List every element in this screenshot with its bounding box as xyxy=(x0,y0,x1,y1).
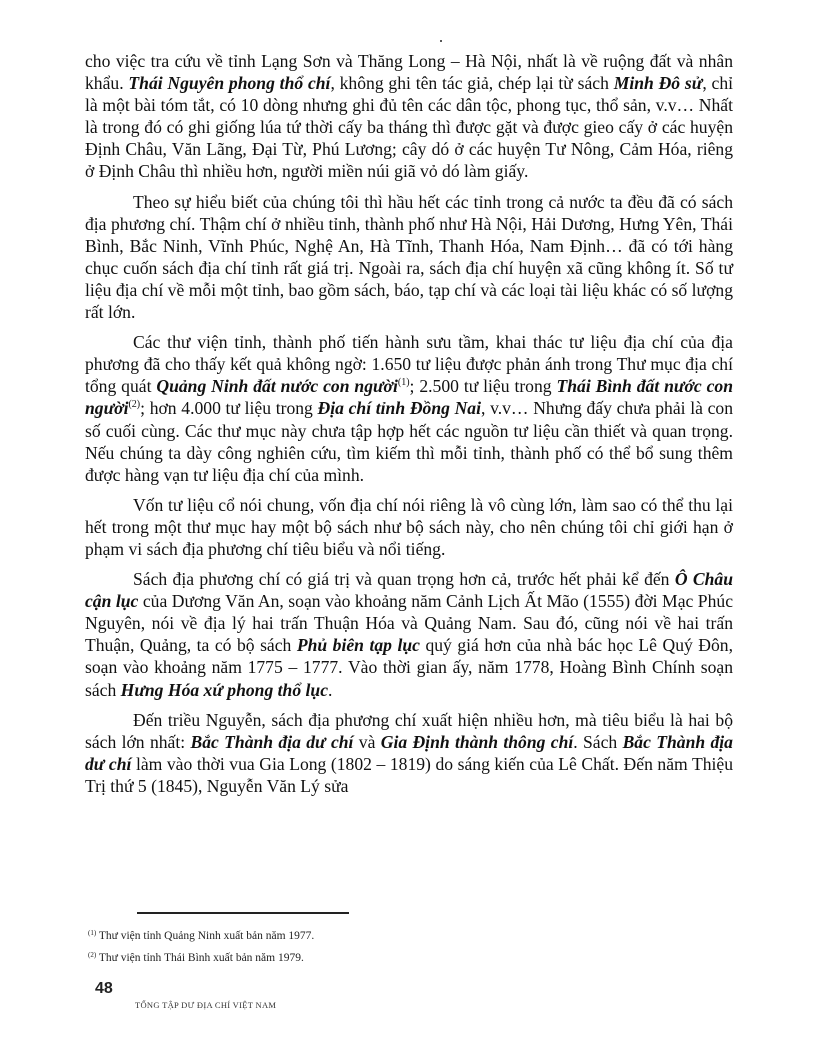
footnote-separator xyxy=(137,912,349,914)
book-title: Thái Nguyên phong thổ chí xyxy=(128,73,330,93)
scan-speck xyxy=(440,40,442,42)
paragraph: Đến triều Nguyễn, sách địa phương chí xu… xyxy=(85,709,733,797)
book-title: Phủ biên tạp lục xyxy=(297,635,420,655)
text-run: ; hơn 4.000 tư liệu trong xyxy=(140,398,317,418)
page-number: 48 xyxy=(95,980,113,998)
footnote-reference: (2) xyxy=(128,399,140,410)
paragraph: Các thư viện tỉnh, thành phố tiến hành s… xyxy=(85,331,733,486)
book-title: Quảng Ninh đất nước con người xyxy=(156,376,397,396)
text-run: Sách địa phương chí có giá trị và quan t… xyxy=(133,569,675,589)
paragraph: Sách địa phương chí có giá trị và quan t… xyxy=(85,568,733,701)
book-title: Địa chí tỉnh Đồng Nai xyxy=(318,398,481,418)
text-run: làm vào thời vua Gia Long (1802 – 1819) … xyxy=(85,754,733,796)
book-title: Gia Định thành thông chí xyxy=(381,732,574,752)
text-run: Theo sự hiểu biết của chúng tôi thì hầu … xyxy=(85,192,733,322)
text-run: . xyxy=(328,680,332,700)
book-title: Minh Đô sử xyxy=(614,73,703,93)
page-body: cho việc tra cứu về tỉnh Lạng Sơn và Thă… xyxy=(85,50,733,805)
footnote-reference: (1) xyxy=(398,377,410,388)
text-run: Vốn tư liệu cổ nói chung, vốn địa chí nó… xyxy=(85,495,733,559)
footnote-text: Thư viện tỉnh Thái Bình xuất bản năm 197… xyxy=(99,952,304,964)
running-head: TỔNG TẬP DƯ ĐỊA CHÍ VIỆT NAM xyxy=(135,1000,276,1010)
text-run: . Sách xyxy=(573,732,622,752)
text-run: và xyxy=(353,732,380,752)
text-run: , không ghi tên tác giả, chép lại từ sác… xyxy=(330,73,613,93)
footnote-text: Thư viện tỉnh Quảng Ninh xuất bản năm 19… xyxy=(99,930,314,942)
footnote-2: (2) Thư viện tỉnh Thái Bình xuất bản năm… xyxy=(88,952,304,964)
book-title: Hưng Hóa xứ phong thổ lục xyxy=(121,680,328,700)
footnote-1: (1) Thư viện tỉnh Quảng Ninh xuất bản nă… xyxy=(88,930,314,942)
text-run: ; 2.500 tư liệu trong xyxy=(410,376,557,396)
paragraph: Theo sự hiểu biết của chúng tôi thì hầu … xyxy=(85,191,733,324)
footnote-mark: (1) xyxy=(88,929,96,937)
book-title: Bắc Thành địa dư chí xyxy=(190,732,353,752)
paragraph: cho việc tra cứu về tỉnh Lạng Sơn và Thă… xyxy=(85,50,733,183)
paragraph: Vốn tư liệu cổ nói chung, vốn địa chí nó… xyxy=(85,494,733,560)
footnote-mark: (2) xyxy=(88,951,96,959)
